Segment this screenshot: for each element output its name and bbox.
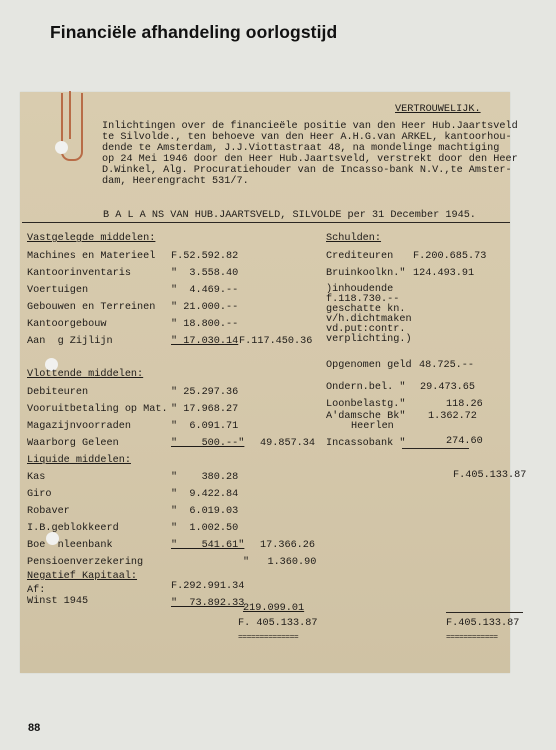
intro-line: dende te Amsterdam, J.J.Viottastraat 48,… [102, 143, 518, 154]
asset-amount: " 6.019.03 [171, 506, 238, 517]
asset-label: Kantoorinventaris [27, 268, 131, 279]
liabilities-subtotal: F.405.133.87 [453, 470, 526, 481]
asset-label: Pensioenverzekering [27, 557, 143, 568]
liability-amount: 274.60 [446, 436, 483, 447]
asset-label: Vooruitbetaling op Mat. [27, 404, 168, 415]
bruinkool-note: )inhoudendef.118.730.--geschatte kn.v/h.… [326, 285, 412, 345]
asset-amount: " 17.030.14 [171, 336, 238, 347]
section-heading-liquid: Liquide middelen: [27, 455, 131, 466]
title-rule [22, 222, 510, 223]
liability-amount: 124.493.91 [413, 268, 474, 279]
liability-amount: 48.725.-- [419, 360, 474, 371]
subtotal-fixed: F.117.450.36 [239, 336, 312, 347]
page-heading: Financiële afhandeling oorlogstijd [50, 22, 337, 43]
section-heading-current: Vlottende middelen: [27, 369, 143, 380]
asset-label: Aan g Zijlijn [27, 336, 113, 347]
asset-label: Gebouwen en Terreinen [27, 302, 155, 313]
incassobank-underline [402, 448, 469, 449]
winst-label: Winst 1945 [27, 596, 88, 607]
punch-hole-icon [55, 141, 68, 154]
asset-label: Debiteuren [27, 387, 88, 398]
asset-label: Waarborg Geleen [27, 438, 119, 449]
liability-label: Crediteuren [326, 251, 393, 262]
asset-amount: " 17.968.27 [171, 404, 238, 415]
asset-label: Voertuigen [27, 285, 88, 296]
asset-label: Machines en Materieel [27, 251, 155, 262]
asset-amount: " 18.800.-- [171, 319, 238, 330]
asset-amount: F.52.592.82 [171, 251, 238, 262]
af-label: Af: [27, 585, 45, 596]
liability-label: Loonbelastg." [326, 399, 405, 410]
assets-total-double-rule: ============== [238, 633, 298, 642]
intro-line: te Silvolde., ten behoeve van den Heer A… [102, 132, 518, 143]
assets-total: F. 405.133.87 [238, 618, 317, 629]
liability-amount: 118.26 [446, 399, 483, 410]
note-line: verplichting.) [326, 335, 412, 345]
asset-amount: " 500.--" [171, 438, 244, 449]
af-amount: F.292.991.34 [171, 581, 244, 592]
liability-amount: F.200.685.73 [413, 251, 486, 262]
intro-line: Inlichtingen over de financieële positie… [102, 121, 518, 132]
winst-amount: " 73.892.33 [171, 598, 244, 609]
asset-amount: " 21.000.-- [171, 302, 238, 313]
asset-label: Magazijnvoorraden [27, 421, 131, 432]
section-heading-liabilities: Schulden: [326, 233, 381, 244]
liability-label: Ondern.bel. " [326, 382, 405, 393]
liability-amount: 1.362.72 [428, 411, 477, 422]
page-number: 88 [28, 722, 40, 734]
asset-amount: " 541.61" [171, 540, 244, 551]
asset-label: Robaver [27, 506, 70, 517]
asset-label: Giro [27, 489, 51, 500]
balance-title: B A L A NS VAN HUB.JAARTSVELD, SILVOLDE … [103, 210, 476, 221]
asset-amount: " 1.360.90 [243, 557, 316, 568]
asset-amount: " 3.558.40 [171, 268, 238, 279]
intro-line: op 24 Mei 1946 door den Heer Hub.Jaartsv… [102, 154, 518, 165]
section-heading-fixed: Vastgelegde middelen: [27, 233, 155, 244]
asset-amount: " 4.469.-- [171, 285, 238, 296]
intro-line: D.Winkel, Alg. Procuratiehouder van de I… [102, 165, 518, 176]
liabilities-total-rule [446, 612, 523, 613]
liability-label: Incassobank " [326, 438, 405, 449]
liability-label: Opgenomen geld [326, 360, 412, 371]
asset-amount: " 25.297.36 [171, 387, 238, 398]
liability-label: Bruinkoolkn." [326, 268, 405, 279]
confidential-label: VERTROUWELIJK. [395, 104, 481, 115]
negative-capital-result: 219.099.01 [243, 603, 304, 614]
subtotal-current: 49.857.34 [260, 438, 315, 449]
asset-label: Boe nleenbank [27, 540, 113, 551]
asset-amount: " 1.002.50 [171, 523, 238, 534]
liabilities-total: F.405.133.87 [446, 618, 519, 629]
asset-label: Kas [27, 472, 45, 483]
asset-label: Kantoorgebouw [27, 319, 106, 330]
asset-amount: " 380.28 [171, 472, 238, 483]
liabilities-total-double-rule: ============ [446, 633, 498, 642]
section-heading-negative-capital: Negatief Kapitaal: [27, 571, 137, 582]
liability-amount: 29.473.65 [420, 382, 475, 393]
asset-amount: " 9.422.84 [171, 489, 238, 500]
intro-paragraph: Inlichtingen over de financieële positie… [102, 121, 518, 187]
intro-line: dam, Heerengracht 531/7. [102, 176, 518, 187]
subtotal-liquid: 17.366.26 [260, 540, 315, 551]
asset-label: I.B.geblokkeerd [27, 523, 119, 534]
liability-sublabel: Heerlen [351, 421, 394, 432]
asset-amount: " 6.091.71 [171, 421, 238, 432]
